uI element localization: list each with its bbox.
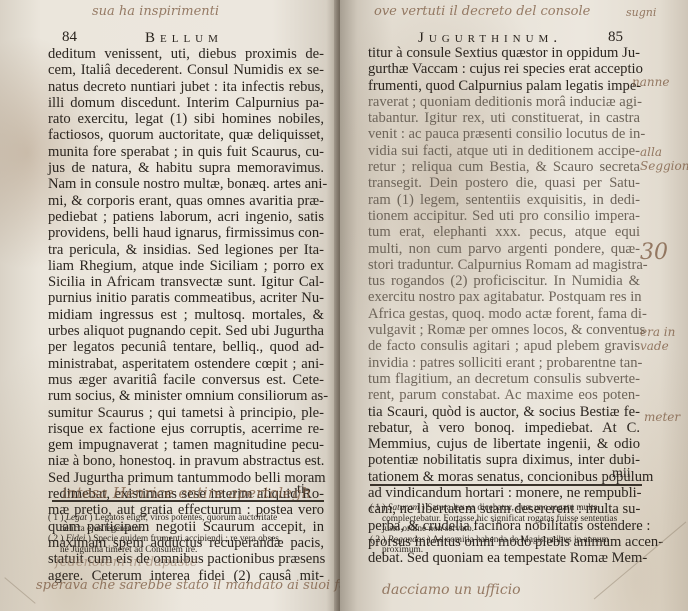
text-line: tionem accipitur. Sed uti pro consilio i… [368,208,640,224]
text-line: ministrabat, asperitatem ostendere cœpit… [48,356,324,372]
text-line: cem, Italiâ decederent. Consul Numidis e… [48,62,324,78]
footnote: ( 1 ) Legat ) Legatos eligit, viros pote… [48,513,328,524]
text-line: frumenti, quod Calpurnius palam legatis … [368,78,640,94]
left-page: sua ha inspirimenti 84 Bellum deditum ve… [0,0,340,611]
handwritten-note-bottom-2: sperava che sarebbe stato il mandato ai … [36,578,340,593]
text-line: transegit. Dein postero die, quasi per S… [368,175,640,191]
text-line: tum flagitium, an decretum consulis subv… [368,371,640,387]
text-line: pediebat ; patiens laborum, acri ingenio… [48,209,324,225]
footnotes: ( 1 ) Saturam ) Satura lex ea dicebatur,… [370,503,650,556]
text-line: natus decreto nuntiari jubet : ita infec… [48,79,324,95]
text-line: Nam in consule nostro multæ, bonæq. arte… [48,176,324,192]
text-line: niæ à bono, honestoq. in pravum abstract… [48,453,324,469]
footnotes: ( 1 ) Legat ) Legatos eligit, viros pote… [48,513,328,555]
text-line: ad vindicandum hortari : monere, ne remp… [368,485,640,501]
text-line: deditum venissent, uti, diebus proximis … [48,46,324,62]
handwritten-margin-1: nanne [632,75,669,89]
running-head: Bellum [145,30,223,47]
text-line: rum socius, & minister omnium consilioru… [48,388,324,404]
text-line: Memmius, cujus de libertate ingenii, & o… [368,436,640,452]
text-line: tum erat, elephanti xxx. pecus, atque eq… [368,224,640,240]
text-line: illi domum discedunt. Interim Calpurnius… [48,95,324,111]
body-text: deditum venissent, uti, diebus proximis … [48,46,324,584]
footnote-rule [370,484,642,486]
text-line: titur à consule Sextius quæstor in oppid… [368,45,640,61]
text-line: tabantur. Igitur rex, uti constituerat, … [368,110,640,126]
text-line: multi, non cum parvo argenti pondere, qu… [368,241,640,257]
text-line: Africa gestas, quoq. modo actæ forent, f… [368,306,640,322]
footnote-continuation: complectebatur. Fortasse hic significat … [370,514,650,525]
text-line: Sicilia in Africam transvectæ sunt. Igit… [48,274,324,290]
handwritten-margin-2: alla Seggione [640,145,680,173]
body-text: titur à consule Sextius quæstor in oppid… [368,45,640,567]
text-line: tationem & moras senatus, concionibus po… [368,469,640,485]
text-line: tra pericula, & insidias. Sed legiones p… [48,242,324,258]
page-number: 85 [608,29,623,46]
footnote-continuation: delicta ejus tegerentur. [48,524,328,535]
catchword: mii [612,466,631,482]
text-line: factiosos, quorum auctoritate, quæ deliq… [48,127,324,143]
footnote-continuation: ne Jugurtha timeret ad Consulem ire. [48,545,328,556]
page-fold [4,577,35,603]
footnote: ( 2 ) Rogandos ) Ad comitia habenda de M… [370,535,650,546]
text-line: retur ; reliqua cum Bestia, & Scauro sec… [368,159,640,175]
text-line: exercitu nostro pax agitabatur. Postquam… [368,289,640,305]
text-line: gem impugnaverat ; tamen magnitudine pec… [48,437,324,453]
text-line: mus æger avaritiâ facile conversus est. … [48,372,324,388]
text-line: per legatos pecuniâ tentare, belliq., qu… [48,339,324,355]
text-line: raverat ; quoniam deditionis morâ induci… [368,94,640,110]
text-line: munita fore sperabat ; in quis fuit Scau… [48,144,324,160]
text-line: liam Rhegium, atque inde Siciliam ; porr… [48,258,324,274]
text-line: tus rogandos (2) proficiscitur. In Numid… [368,273,640,289]
page-number: 84 [62,29,77,46]
text-line: rent, parum constabat. Ac maxime eos pot… [368,387,640,403]
footnote: ( 1 ) Saturam ) Satura lex ea dicebatur,… [370,503,650,514]
handwritten-note-top: ove vertuti il decreto del console [374,4,590,19]
handwritten-note-bottom-1: fedenotem in dapaste [55,555,198,570]
handwritten-note-top: sua ha inspirimenti [92,4,219,19]
open-book-spread: sua ha inspirimenti 84 Bellum deditum ve… [0,0,688,611]
text-line: potentiæ nobilitatis supra diximus, inte… [368,452,640,468]
text-line: vulgavit ; Romæ per omnes locos, & conve… [368,322,640,338]
text-line: gurthæ Vaccam : cujus rei species erat a… [368,61,640,77]
text-line: urbes aliquot pugnando cepit. Sed ubi Ju… [48,323,324,339]
right-page: ove vertuti il decreto del console sugni… [340,0,688,611]
text-line: rato exercitu, legat (1) sibi homines no… [48,111,324,127]
footnote-continuation: justo ordine non servato. [370,524,650,535]
text-line: purnius initio paratis commeatibus, acri… [48,290,324,306]
handwritten-margin-5: meter [644,410,680,424]
handwritten-note-top-right: sugni [626,6,656,19]
footnote: ( 2 ) Fidei ) Specie quidem frumenti acc… [48,534,328,545]
footnote-continuation: proximum. [370,545,650,556]
text-line: vidia sui facti, atque uti in deditionem… [368,143,640,159]
text-line: midiam ingressus est ; multosq. mortales… [48,307,324,323]
text-line: jus de natura, & habitu supra memoravimu… [48,160,324,176]
text-line: stori traduntur. Calpurnius Romam ad mag… [368,257,640,273]
text-line: mi, & corporis erant, quas omnes avariti… [48,193,324,209]
text-line: venit : ac pauca præsenti consilio locut… [368,126,640,142]
text-line: ram (1) legem, sententiis exquisitis, in… [368,192,640,208]
text-line: rebatur, à vero bonoq. impediebat. At C. [368,420,640,436]
text-line: invidia : patres solliciti erant ; proba… [368,355,640,371]
text-line: de facto consulis agitari ; apud plebem … [368,338,640,354]
text-line: risque ex factione ejus corruptis, acerr… [48,421,324,437]
handwritten-note-bottom: dacciamo un ufficio [382,582,521,598]
footnote-rule [52,500,324,502]
text-line: providens, belli haud ignarus, firmissim… [48,225,324,241]
handwritten-margin-3: 30 [640,240,668,265]
text-line: sumitur Scaurus ; qui tametsi à principi… [48,405,324,421]
text-line: tia Scauri, quòd is auctor, & socius Bes… [368,404,640,420]
handwritten-margin-4: era in vade [640,325,680,353]
